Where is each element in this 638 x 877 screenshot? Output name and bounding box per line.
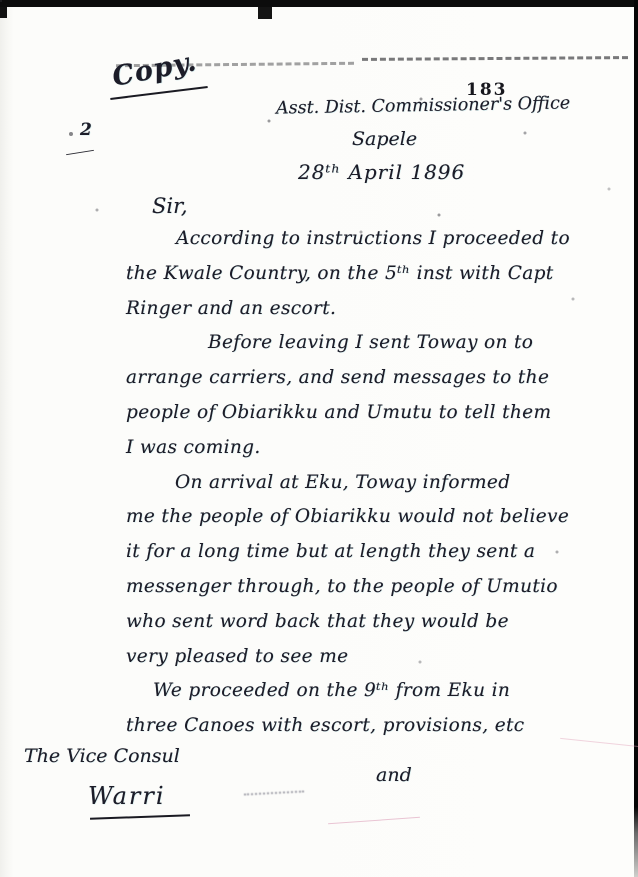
copy-annotation: Copy. [110, 46, 200, 93]
addressee-place-underline [90, 814, 190, 819]
letterhead-date: 28ᵗʰ April 1896 [298, 160, 465, 184]
margin-dash [66, 150, 94, 155]
salutation: Sir, [152, 194, 188, 218]
body-line: me the people of Obiarikku would not bel… [126, 506, 540, 541]
body-line: the Kwale Country, on the 5ᵗʰ inst with … [126, 263, 540, 298]
body-line: Ringer and an escort. [126, 298, 540, 333]
body-line: three Canoes with escort, provisions, et… [126, 715, 540, 750]
body-line: According to instructions I proceeded to [126, 228, 540, 263]
scan-top-edge-artifact [0, 0, 638, 7]
scanned-letter-page: Copy. 183 Asst. Dist. Commissioner's Off… [0, 0, 638, 877]
body-line: Before leaving I sent Toway on to [126, 332, 540, 367]
scan-pink-streak [328, 817, 420, 824]
body-line: arrange carriers, and send messages to t… [126, 367, 540, 402]
paragraph-3: On arrival at Eku, Toway informed me the… [126, 472, 540, 681]
catchword-and: and [376, 764, 412, 786]
body-line: On arrival at Eku, Toway informed [126, 472, 540, 507]
scan-top-edge-notch [258, 7, 272, 19]
paragraph-1: According to instructions I proceeded to… [126, 228, 540, 332]
scan-corner-artifact [0, 7, 7, 18]
scan-dust-specks [0, 0, 2, 2]
letterhead-office: Asst. Dist. Commissioner's Office [276, 93, 570, 118]
letter-body: According to instructions I proceeded to… [126, 228, 540, 750]
addressee-title: The Vice Consul [24, 745, 180, 767]
body-line: I was coming. [126, 437, 540, 472]
paragraph-2: Before leaving I sent Toway on to arrang… [126, 332, 540, 471]
scan-pink-streak [560, 738, 638, 747]
body-line: messenger through, to the people of Umut… [126, 576, 540, 611]
body-line: We proceeded on the 9ᵗʰ from Eku in [126, 680, 540, 715]
scan-smudge-line [362, 56, 628, 61]
body-line: very pleased to see me [126, 646, 540, 681]
margin-page-number: 2 [80, 120, 92, 140]
body-line: who sent word back that they would be [126, 611, 540, 646]
paragraph-4: We proceeded on the 9ᵗʰ from Eku in thre… [126, 680, 540, 750]
letterhead-place: Sapele [352, 128, 417, 150]
addressee-place: Warri [88, 782, 166, 810]
body-line: people of Obiarikku and Umutu to tell th… [126, 402, 540, 437]
body-line: it for a long time but at length they se… [126, 541, 540, 576]
faint-smudge [244, 786, 310, 802]
